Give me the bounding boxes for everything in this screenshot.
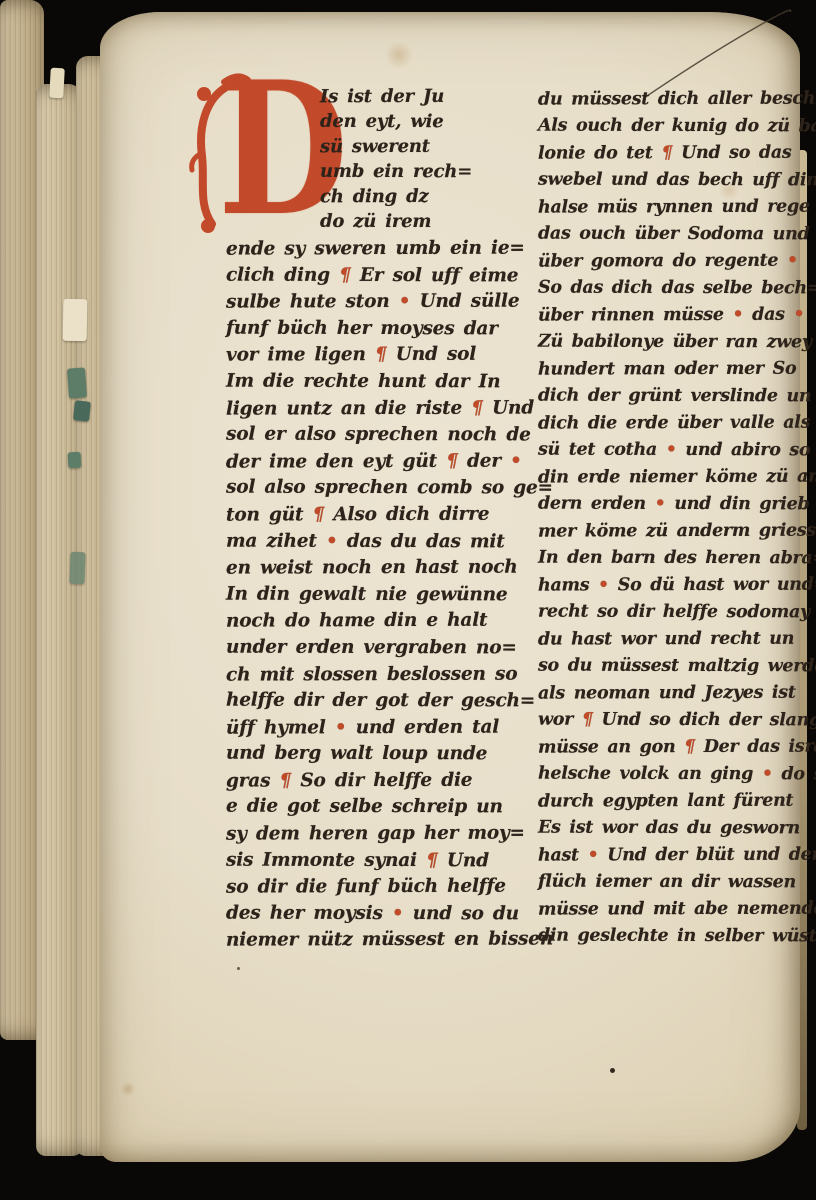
- text-line: so dir die funf büch helffe: [226, 874, 553, 902]
- text-line: Als ouch der kunig do zü baby=: [538, 113, 816, 141]
- text-line: recht so dir helffe sodomay: [538, 599, 816, 627]
- bookmark-tab-green: [67, 367, 87, 398]
- text-line: e die got selbe schreip un: [226, 794, 553, 821]
- manuscript-photo: D Is ist der Juden eyt, wiesü swerentumb…: [0, 0, 816, 1200]
- text-line: Is ist der Ju: [320, 84, 472, 110]
- text-line: den eyt, wie: [320, 109, 472, 134]
- text-line: so du müssest maltzig werden: [538, 653, 816, 681]
- text-line: helsche volck an ging • do sy: [538, 761, 816, 789]
- text-line: üff hymel • und erden tal: [226, 714, 553, 742]
- ink-speck: [237, 967, 240, 970]
- text-line: under erden vergraben no=: [226, 634, 553, 661]
- text-line: umb ein rech=: [320, 159, 472, 184]
- text-line: So das dich das selbe bech=: [538, 275, 816, 303]
- text-line: du müssest dich aller beschisse: [538, 85, 816, 113]
- text-line: sulbe hute ston • Und sülle: [226, 289, 553, 317]
- text-line: müsse an gon ¶ Der das isra=: [538, 733, 816, 761]
- bookmark-tab-green: [73, 400, 91, 422]
- text-line: sü swerent: [320, 134, 472, 160]
- bookmark-tab-green: [69, 552, 85, 585]
- text-line: In din gewalt nie gewünne: [226, 581, 553, 608]
- text-line: gras ¶ So dir helffe die: [226, 767, 553, 795]
- text-line: ende sy sweren umb ein ie=: [226, 235, 553, 263]
- text-line: en weist noch en hast noch: [226, 555, 553, 583]
- text-line: du hast wor und recht un: [538, 625, 816, 653]
- text-line: funf büch her moyses dar: [226, 315, 553, 342]
- text-line: ch ding dz: [320, 184, 472, 210]
- text-line: halse müs rynnen und rege: [538, 193, 816, 221]
- text-line: do zü irem: [320, 209, 472, 234]
- text-line: Im die rechte hunt dar In: [226, 369, 553, 396]
- text-line: des her moysis • und so du: [226, 900, 553, 927]
- text-line: din geslechte in selber wüste: [538, 923, 816, 951]
- text-line: helffe dir der got der gesch=: [226, 688, 553, 715]
- text-line: ton güt ¶ Also dich dirre: [226, 501, 553, 529]
- bookmark-tab-green: [68, 452, 82, 469]
- text-line: ma zihet • das du das mit: [226, 528, 553, 555]
- text-line: sy dem heren gap her moy=: [226, 820, 553, 848]
- column-1-opening-lines: Is ist der Juden eyt, wiesü swerentumb e…: [320, 84, 472, 234]
- text-line: lonie do tet ¶ Und so das: [538, 139, 816, 167]
- text-line: sol also sprechen comb so ge=: [226, 475, 553, 502]
- text-line: swebel und das bech uff dine: [538, 167, 816, 195]
- parchment-stain: [384, 42, 414, 68]
- text-line: durch egypten lant fürent: [538, 787, 816, 815]
- text-line: Zü babilonye über ran zwey: [538, 329, 816, 357]
- text-line: ligen untz an die riste ¶ Und: [226, 395, 553, 423]
- text-line: dern erden • und din grieb nie=: [538, 491, 816, 519]
- column-1-text: ende sy sweren umb ein ie=clich ding ¶ E…: [226, 236, 553, 954]
- text-line: vor ime ligen ¶ Und sol: [226, 342, 553, 370]
- text-line: sol er also sprechen noch de: [226, 422, 553, 449]
- text-line: hundert man oder mer So: [538, 355, 816, 383]
- parchment-stain: [120, 1082, 136, 1096]
- text-line: In den barn des heren abra=: [538, 545, 816, 573]
- text-line: als neoman und Jezyes ist: [538, 679, 816, 707]
- text-line: der ime den eyt güt ¶ der •: [226, 448, 553, 476]
- text-line: wor ¶ Und so dich der slange: [538, 707, 816, 735]
- text-line: sü tet cotha • und abiro so: [538, 437, 816, 465]
- ink-speck: [610, 1068, 615, 1073]
- text-line: hams • So dü hast wor und=: [538, 571, 816, 599]
- column-2-text: du müssest dich aller beschisseAls ouch …: [538, 86, 816, 950]
- text-line: ch mit slossen beslossen so: [226, 661, 553, 689]
- text-line: das ouch über Sodoma und: [538, 221, 816, 249]
- text-line: niemer nütz müssest en bissen: [226, 927, 553, 955]
- text-line: din erde niemer köme zü an=: [538, 463, 816, 491]
- bookmark-tab-white: [63, 299, 88, 341]
- text-line: noch do hame din e halt: [226, 608, 553, 636]
- text-line: Es ist wor das du gesworn: [538, 815, 816, 843]
- text-line: über rinnen müsse • das •: [538, 301, 816, 329]
- text-line: flüch iemer an dir wassen: [538, 869, 816, 897]
- text-line: dich der grünt verslinde un: [538, 383, 816, 411]
- bookmark-tab-parchment: [49, 68, 65, 99]
- text-line: über gomora do regente •: [538, 247, 816, 275]
- text-line: müsse und mit abe nemende: [538, 895, 816, 923]
- text-line: clich ding ¶ Er sol uff eime: [226, 262, 553, 289]
- text-line: hast • Und der blüt und der: [538, 841, 816, 869]
- text-line: dich die erde über valle als: [538, 409, 816, 437]
- text-line: mer köme zü anderm griess: [538, 517, 816, 545]
- text-line: und berg walt loup unde: [226, 741, 553, 768]
- text-line: sis Immonte synai ¶ Und: [226, 847, 553, 874]
